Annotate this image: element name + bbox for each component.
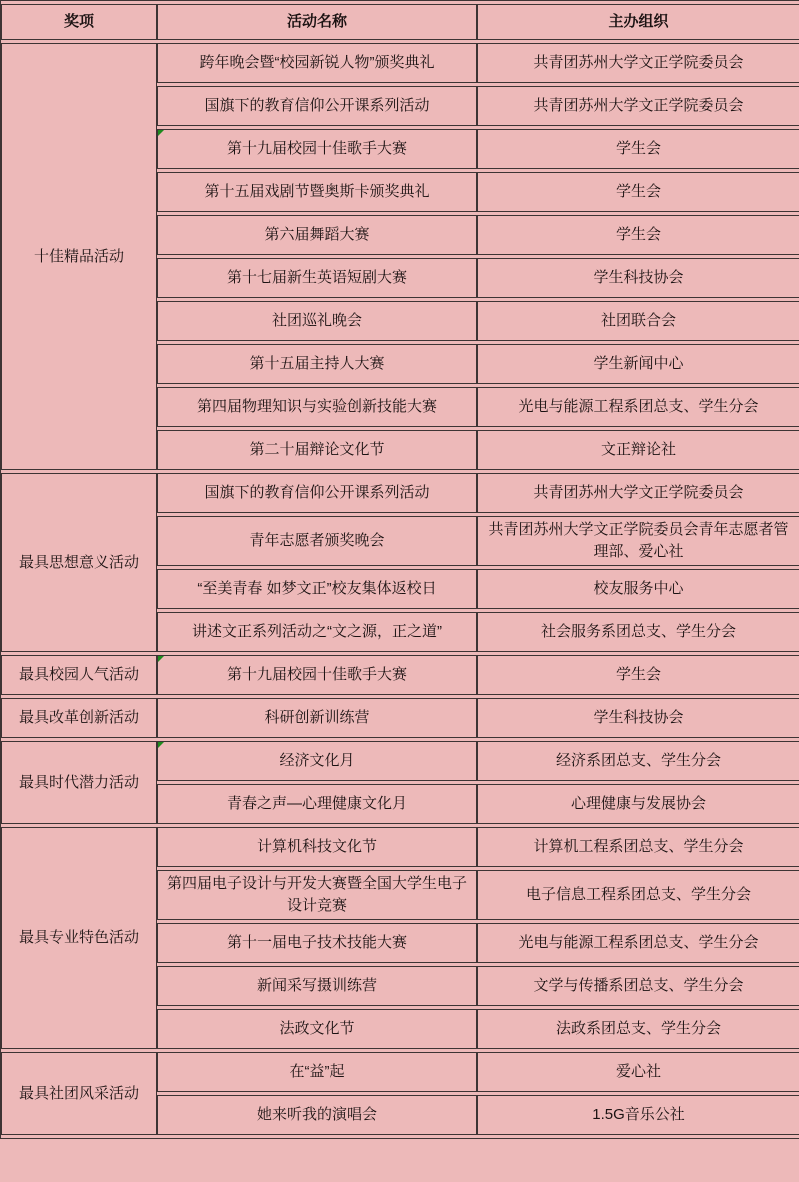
organizer-cell: 光电与能源工程系团总支、学生分会 bbox=[477, 387, 799, 427]
organizer-cell: 学生会 bbox=[477, 655, 799, 695]
error-flag-icon bbox=[158, 130, 164, 136]
activity-cell: 讲述文正系列活动之“文之源，正之道” bbox=[157, 612, 477, 652]
award-group-cell: 最具社团风采活动 bbox=[1, 1052, 157, 1135]
header-cell-organizer: 主办组织 bbox=[477, 4, 799, 40]
error-flag-icon bbox=[158, 656, 164, 662]
organizer-cell: 学生科技协会 bbox=[477, 258, 799, 298]
organizer-cell: 共青团苏州大学文正学院委员会 bbox=[477, 473, 799, 513]
table-row: 最具思想意义活动 国旗下的教育信仰公开课系列活动 共青团苏州大学文正学院委员会 bbox=[1, 473, 799, 513]
activity-cell: 国旗下的教育信仰公开课系列活动 bbox=[157, 473, 477, 513]
organizer-cell: 共青团苏州大学文正学院委员会青年志愿者管理部、爱心社 bbox=[477, 516, 799, 566]
table-row: 十佳精品活动 跨年晚会暨“校园新锐人物”颁奖典礼 共青团苏州大学文正学院委员会 bbox=[1, 43, 799, 83]
activity-label: 经济文化月 bbox=[279, 752, 354, 769]
table-row: 最具改革创新活动 科研创新训练营 学生科技协会 bbox=[1, 698, 799, 738]
award-group-cell: 十佳精品活动 bbox=[1, 43, 157, 470]
activity-cell: 社团巡礼晚会 bbox=[157, 301, 477, 341]
organizer-cell: 光电与能源工程系团总支、学生分会 bbox=[477, 923, 799, 963]
organizer-cell: 1.5G音乐公社 bbox=[477, 1095, 799, 1135]
table-row: 最具时代潜力活动 经济文化月 经济系团总支、学生分会 bbox=[1, 741, 799, 781]
organizer-cell: 爱心社 bbox=[477, 1052, 799, 1092]
activity-cell: 第十九届校园十佳歌手大赛 bbox=[157, 129, 477, 169]
activity-cell: 青春之声—心理健康文化月 bbox=[157, 784, 477, 824]
organizer-cell: 文学与传播系团总支、学生分会 bbox=[477, 966, 799, 1006]
activity-cell: 第四届物理知识与实验创新技能大赛 bbox=[157, 387, 477, 427]
award-group-cell: 最具专业特色活动 bbox=[1, 827, 157, 1049]
organizer-cell: 社会服务系团总支、学生分会 bbox=[477, 612, 799, 652]
activity-cell: 经济文化月 bbox=[157, 741, 477, 781]
organizer-cell: 文正辩论社 bbox=[477, 430, 799, 470]
activity-cell: 第六届舞蹈大赛 bbox=[157, 215, 477, 255]
header-cell-activity: 活动名称 bbox=[157, 4, 477, 40]
activity-cell: 第十五届主持人大赛 bbox=[157, 344, 477, 384]
activity-cell: 第十九届校园十佳歌手大赛 bbox=[157, 655, 477, 695]
activity-cell: 国旗下的教育信仰公开课系列活动 bbox=[157, 86, 477, 126]
activity-cell: 跨年晚会暨“校园新锐人物”颁奖典礼 bbox=[157, 43, 477, 83]
awards-table-screenshot: 奖项 活动名称 主办组织 十佳精品活动 跨年晚会暨“校园新锐人物”颁奖典礼 共青… bbox=[0, 0, 799, 1182]
table-row: 最具社团风采活动 在“益”起 爱心社 bbox=[1, 1052, 799, 1092]
organizer-cell: 学生会 bbox=[477, 215, 799, 255]
activity-cell: 第二十届辩论文化节 bbox=[157, 430, 477, 470]
organizer-cell: 学生会 bbox=[477, 172, 799, 212]
award-group-cell: 最具思想意义活动 bbox=[1, 473, 157, 652]
header-row: 奖项 活动名称 主办组织 bbox=[1, 4, 799, 40]
award-group-cell: 最具改革创新活动 bbox=[1, 698, 157, 738]
header-cell-award: 奖项 bbox=[1, 4, 157, 40]
organizer-cell: 校友服务中心 bbox=[477, 569, 799, 609]
activity-label: 第十九届校园十佳歌手大赛 bbox=[227, 140, 407, 157]
organizer-cell: 社团联合会 bbox=[477, 301, 799, 341]
activity-cell: 法政文化节 bbox=[157, 1009, 477, 1049]
award-group-cell: 最具时代潜力活动 bbox=[1, 741, 157, 824]
organizer-cell: 心理健康与发展协会 bbox=[477, 784, 799, 824]
activity-cell: 第四届电子设计与开发大赛暨全国大学生电子设计竞赛 bbox=[157, 870, 477, 920]
activity-cell: 在“益”起 bbox=[157, 1052, 477, 1092]
organizer-cell: 学生新闻中心 bbox=[477, 344, 799, 384]
organizer-cell: 学生科技协会 bbox=[477, 698, 799, 738]
activity-cell: 计算机科技文化节 bbox=[157, 827, 477, 867]
activity-cell: 她来听我的演唱会 bbox=[157, 1095, 477, 1135]
organizer-cell: 学生会 bbox=[477, 129, 799, 169]
activity-label: 第十九届校园十佳歌手大赛 bbox=[227, 666, 407, 683]
organizer-cell: 经济系团总支、学生分会 bbox=[477, 741, 799, 781]
activity-cell: 新闻采写摄训练营 bbox=[157, 966, 477, 1006]
table-row: 最具专业特色活动 计算机科技文化节 计算机工程系团总支、学生分会 bbox=[1, 827, 799, 867]
table-row: 最具校园人气活动 第十九届校园十佳歌手大赛 学生会 bbox=[1, 655, 799, 695]
activity-cell: 第十七届新生英语短剧大赛 bbox=[157, 258, 477, 298]
activity-cell: 科研创新训练营 bbox=[157, 698, 477, 738]
organizer-cell: 共青团苏州大学文正学院委员会 bbox=[477, 86, 799, 126]
organizer-cell: 法政系团总支、学生分会 bbox=[477, 1009, 799, 1049]
error-flag-icon bbox=[158, 742, 164, 748]
organizer-cell: 电子信息工程系团总支、学生分会 bbox=[477, 870, 799, 920]
activity-cell: 第十一届电子技术技能大赛 bbox=[157, 923, 477, 963]
activity-cell: 青年志愿者颁奖晚会 bbox=[157, 516, 477, 566]
activity-cell: “至美青春 如梦文正”校友集体返校日 bbox=[157, 569, 477, 609]
awards-table: 奖项 活动名称 主办组织 十佳精品活动 跨年晚会暨“校园新锐人物”颁奖典礼 共青… bbox=[0, 0, 799, 1139]
award-group-cell: 最具校园人气活动 bbox=[1, 655, 157, 695]
activity-cell: 第十五届戏剧节暨奥斯卡颁奖典礼 bbox=[157, 172, 477, 212]
organizer-cell: 共青团苏州大学文正学院委员会 bbox=[477, 43, 799, 83]
organizer-cell: 计算机工程系团总支、学生分会 bbox=[477, 827, 799, 867]
